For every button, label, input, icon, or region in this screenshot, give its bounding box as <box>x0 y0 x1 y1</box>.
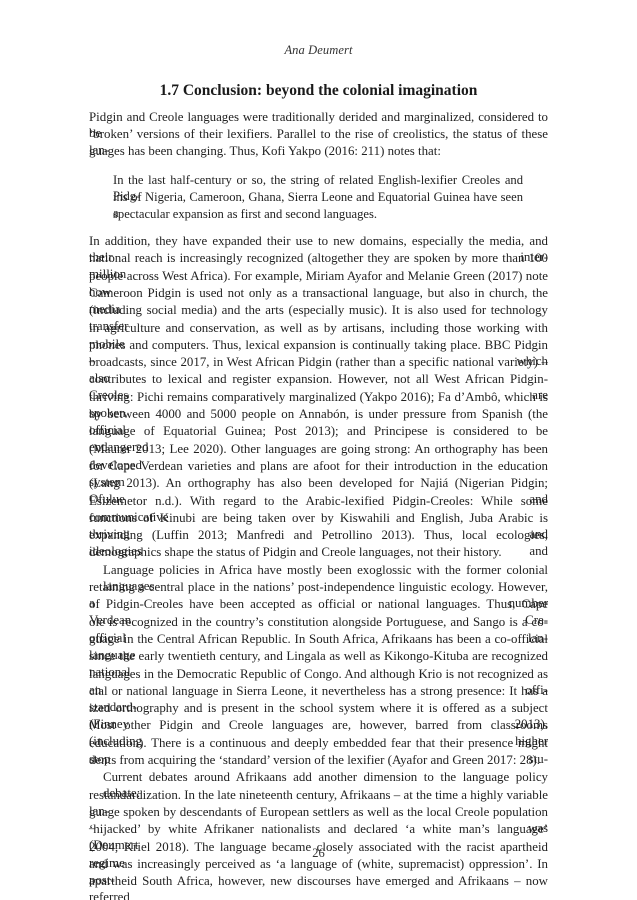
paragraph-4-line: restandardization. In the late nineteent… <box>89 787 548 803</box>
paragraph-4-line: guage spoken by descendants of European … <box>89 804 548 820</box>
paragraph-2-line: (Maurer 2013; Lee 2020). Other languages… <box>89 441 548 457</box>
paragraph-3-line: since the early twentieth century, and L… <box>89 648 548 664</box>
paragraph-2-line: in agriculture and conservation, as well… <box>89 320 548 336</box>
paragraph-1-line: ‘broken’ versions of their lexifiers. Pa… <box>89 126 548 142</box>
paragraph-2-line: (Lang 2013). An orthography has also bee… <box>89 475 548 491</box>
paragraph-2-line: Esizemetor n.d.). With regard to the Ara… <box>89 493 548 509</box>
paragraph-2-line: In addition, they have expanded their us… <box>89 233 548 249</box>
paragraph-3-line: guage in the Central African Republic. I… <box>89 631 548 647</box>
paragraph-3-line: languages in the Democratic Republic of … <box>89 666 548 682</box>
paragraph-1-line: Pidgin and Creole languages were traditi… <box>89 109 548 125</box>
section-heading: 1.7 Conclusion: beyond the colonial imag… <box>0 82 637 100</box>
paragraph-3-line: Most other Pidgin and Creole languages a… <box>89 717 548 733</box>
text-line: spectacular expansion as first and secon… <box>113 206 523 222</box>
paragraph-2-line: language of Equatorial Guinea; Post 2013… <box>89 423 548 439</box>
paragraph-2-line: phones and computers. Thus, lexical expa… <box>89 337 548 353</box>
paragraph-4-line: apartheid South Africa, however, new dis… <box>89 873 548 889</box>
paragraph-3-line: dents from acquiring the ‘standard’ vers… <box>89 752 548 768</box>
paragraph-2-line: (including social media) and the arts (e… <box>89 302 548 318</box>
text-line: dents from acquiring the ‘standard’ vers… <box>89 752 548 768</box>
paragraph-3-line: Language policies in Africa have mostly … <box>103 562 548 578</box>
paragraph-2-line: expanding (Luffin 2013; Manfredi and Pet… <box>89 527 548 543</box>
document-page: Ana Deumert 1.7 Conclusion: beyond the c… <box>0 0 637 900</box>
paragraph-3-line: cial or national language in Sierra Leon… <box>89 683 548 699</box>
text-line: guages has been changing. Thus, Kofi Yak… <box>89 143 548 159</box>
paragraph-2-line: functions of Kinubi are being taken over… <box>89 510 548 526</box>
paragraph-2-line: demographics shape the status of Pidgin … <box>89 544 548 560</box>
paragraph-4-line: ‘hijacked’ by white Afrikaner nationalis… <box>89 821 548 837</box>
paragraph-2-line: national reach is increasingly recognize… <box>89 250 548 266</box>
paragraph-2-line: contributes to lexical and register expa… <box>89 371 548 387</box>
text-line: apartheid South Africa, however, new dis… <box>89 873 548 900</box>
page-number: 26 <box>0 846 637 861</box>
paragraph-3-line: education). There is a continuous and de… <box>89 735 548 751</box>
block-quote-line: In the last half-century or so, the stri… <box>113 172 523 188</box>
paragraph-3-line: ole is recognized in the country’s const… <box>89 614 548 630</box>
paragraph-2-line: by between 4000 and 5000 people on Annab… <box>89 406 548 422</box>
paragraph-2-line: people across West Africa). For example,… <box>89 268 548 284</box>
paragraph-2-line: for Cape Verdean varieties and plans are… <box>89 458 548 474</box>
text-line: demographics shape the status of Pidgin … <box>89 544 548 560</box>
block-quote-line: ins of Nigeria, Cameroon, Ghana, Sierra … <box>113 189 523 205</box>
running-head: Ana Deumert <box>0 43 637 58</box>
paragraph-2-line: broadcasts, since 2017, in West African … <box>89 354 548 370</box>
block-quote-line: spectacular expansion as first and secon… <box>113 206 523 222</box>
paragraph-3-line: retaining a central place in the nations… <box>89 579 548 595</box>
paragraph-4-line: Current debates around Afrikaans add ano… <box>103 769 548 785</box>
paragraph-1-line: guages has been changing. Thus, Kofi Yak… <box>89 143 548 159</box>
paragraph-2-line: Cameroon Pidgin is used not only as a tr… <box>89 285 548 301</box>
paragraph-3-line: of Pidgin-Creoles have been accepted as … <box>89 596 548 612</box>
paragraph-3-line: ized orthography and is present in the s… <box>89 700 548 716</box>
paragraph-2-line: thriving: Pichi remains comparatively ma… <box>89 389 548 405</box>
